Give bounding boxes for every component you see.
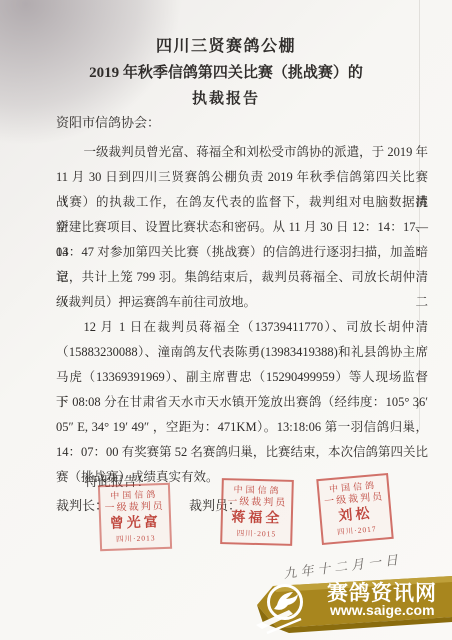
text-line: 新建比赛项目、设置比赛状态和密码。从 11 月 30 日 12：14：17—14… bbox=[56, 215, 428, 240]
text-line: 05″ E, 34° 19′ 49″ ，空距为：471KM）。13:18:06 … bbox=[56, 415, 428, 440]
judge-stamp: 中国信鸽 一级裁判员 曾光富 四川·2013 bbox=[98, 483, 172, 551]
text-line: 14：07：00 有奖赛第 52 名赛鸽归巢，比赛结束，本次信鸽第四关比 bbox=[56, 440, 428, 465]
text-line: 于 08:08 分在甘肃省天水市天水镇开笼放出赛鸽（经纬度：105° 36′ bbox=[56, 390, 428, 415]
stamp-rank: 一级裁判员 bbox=[100, 500, 168, 515]
stamp-name: 刘松 bbox=[321, 503, 390, 528]
text-line: （15883230088）、潼南鸽友代表陈勇(13983419388)和礼县鸽协… bbox=[56, 340, 428, 365]
paragraph-1: 一级裁判员曾光富、蒋福全和刘松受市鸽协的派遣，于 2019 年 11 月 30 … bbox=[56, 140, 428, 315]
text-line: 章，共计上笼 799 羽。集鸽结束后，裁判员蒋福全、司放长胡仲清（二 bbox=[56, 265, 428, 290]
title-line-2: 2019 年秋季信鸽第四关比赛（挑战赛）的 bbox=[0, 60, 452, 86]
text-line: 11 月 30 日到四川三贤赛鸽公棚负责 2019 年秋季信鸽第四关比赛（挑 bbox=[56, 165, 428, 190]
text-line: 03：47 对参加第四关比赛（挑战赛）的信鸽进行逐羽扫描，加盖暗记 bbox=[56, 240, 428, 265]
stamp-issue: 四川·2015 bbox=[222, 527, 290, 540]
text-line: 一级裁判员曾光富、蒋福全和刘松受市鸽协的派遣，于 2019 年 bbox=[56, 140, 428, 165]
text-line: 马虎（13369391969）、副主席曹忠（15290499959）等人现场监督… bbox=[56, 365, 428, 390]
title-line-1: 四川三贤赛鸽公棚 bbox=[0, 33, 452, 60]
watermark-logo: 赛鸽资讯网 www.saige.com bbox=[255, 575, 452, 637]
scanned-page: 四川三贤赛鸽公棚 2019 年秋季信鸽第四关比赛（挑战赛）的 执裁报告 资阳市信… bbox=[0, 0, 452, 640]
stamp-name: 曾光富 bbox=[101, 513, 170, 534]
salutation: 资阳市信鸽协会： bbox=[56, 112, 160, 131]
title-line-3: 执裁报告 bbox=[0, 86, 452, 112]
stamp-issue: 四川·2013 bbox=[102, 532, 170, 545]
chief-judge-label: 裁判长： bbox=[56, 495, 108, 514]
closing-line: 特此报告！ bbox=[56, 471, 256, 490]
document-title: 四川三贤赛鸽公棚 2019 年秋季信鸽第四关比赛（挑战赛）的 执裁报告 bbox=[0, 33, 452, 112]
text-line: 12 月 1 日在裁判员蒋福全（13739411770）、司放长胡仲清 bbox=[56, 315, 428, 340]
stamp-issue: 四川·2017 bbox=[323, 522, 392, 539]
paragraph-2: 12 月 1 日在裁判员蒋福全（13739411770）、司放长胡仲清 （158… bbox=[56, 315, 428, 490]
text-line: 战赛）的执裁工作，在鸽友代表的监督下，裁判组对电脑数据清空、 bbox=[56, 190, 428, 215]
judge-label: 裁判员： bbox=[189, 495, 241, 514]
watermark-site-url: www.saige.com bbox=[330, 602, 435, 618]
stamp-rank: 一级裁判员 bbox=[320, 490, 389, 509]
